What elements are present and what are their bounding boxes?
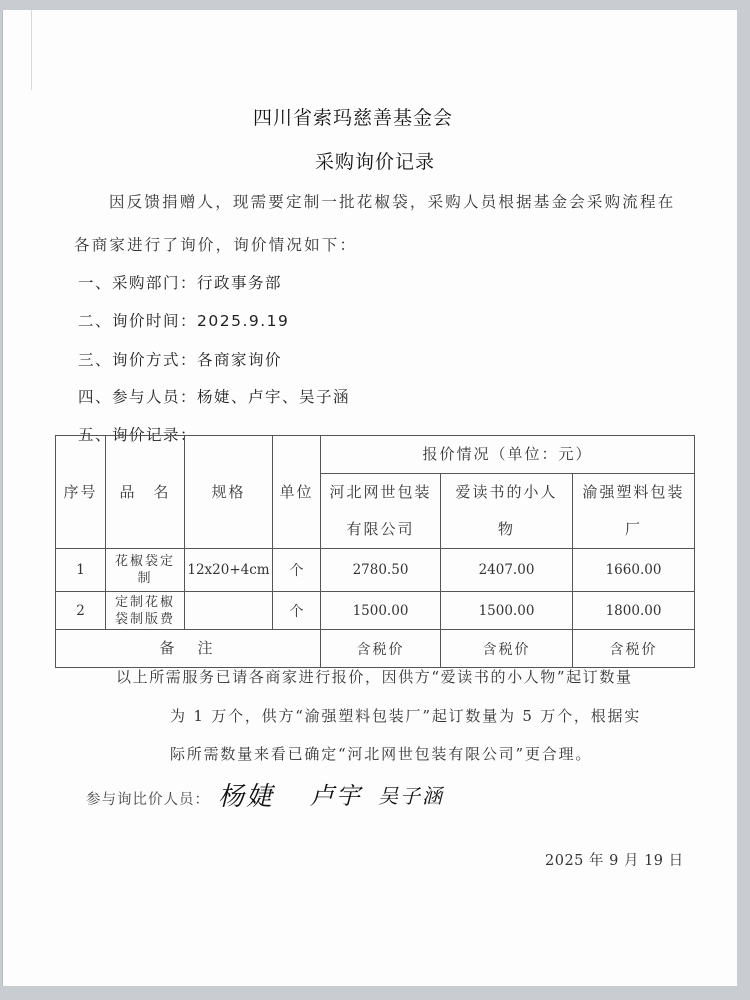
section-label: 二、询价时间： (78, 312, 197, 330)
signature-lu: 卢宇 (310, 776, 362, 811)
section-participants: 四、参与人员：杨婕、卢宇、吴子涵 (78, 385, 350, 407)
table-row: 1 花椒袋定制 12x20+4cm 个 2780.50 2407.00 1660… (56, 549, 695, 592)
cell-remarks-label: 备 注 (56, 630, 321, 668)
document-title: 采购询价记录 (315, 147, 435, 174)
cell-seq: 1 (56, 549, 106, 592)
cell-price: 1500.00 (321, 592, 441, 630)
section-value: 各商家询价 (197, 351, 282, 369)
section-inquiry-method: 三、询价方式：各商家询价 (78, 348, 282, 370)
cell-spec: 12x20+4cm (185, 549, 273, 592)
cell-remark: 含税价 (321, 630, 441, 668)
vendor-name-line1: 爱读书的小人 (441, 474, 572, 511)
cell-remark: 含税价 (573, 630, 695, 668)
cell-price: 1500.00 (441, 592, 573, 630)
vendor-name-line2: 物 (441, 511, 572, 548)
section-value: 杨婕、卢宇、吴子涵 (197, 388, 350, 406)
vendor-name-line2: 有限公司 (321, 511, 440, 548)
cell-price: 1660.00 (573, 549, 695, 592)
quote-table: 序号 品 名 规格 单位 报价情况（单位：元） 河北网世包装 有限公司 爱读书的… (55, 435, 695, 668)
vendor-name-line2: 厂 (573, 511, 694, 548)
signers-label: 参与询比价人员： (86, 788, 210, 809)
section-label: 三、询价方式： (78, 351, 197, 369)
signature-yang: 杨婕 (218, 776, 274, 813)
cell-name: 定制花椒袋制版费 (106, 592, 185, 630)
cell-price: 2407.00 (441, 549, 573, 592)
header-spec: 规格 (185, 436, 273, 549)
conclusion-line-1: 以上所需服务已请各商家进行报价，因供方“爱读书的小人物”起订数量 (116, 666, 633, 687)
section-value: 行政事务部 (197, 274, 282, 292)
signature-wu: 吴子涵 (378, 780, 444, 809)
cell-unit: 个 (273, 592, 321, 630)
conclusion-line-2: 为 1 万个，供方“渝强塑料包装厂”起订数量为 5 万个，根据实 (170, 705, 641, 726)
cell-seq: 2 (56, 592, 106, 630)
document-date: 2025 年 9 月 19 日 (545, 849, 684, 870)
cell-unit: 个 (273, 549, 321, 592)
header-quote-group: 报价情况（单位：元） (321, 436, 695, 474)
header-vendor-yuqiang: 渝强塑料包装 厂 (573, 474, 695, 549)
header-vendor-hebei: 河北网世包装 有限公司 (321, 474, 441, 549)
section-inquiry-time: 二、询价时间：2025.9.19 (78, 309, 289, 331)
header-unit: 单位 (273, 436, 321, 549)
section-label: 一、采购部门： (78, 274, 197, 292)
cell-price: 1800.00 (573, 592, 695, 630)
scan-artifact-line (31, 10, 32, 90)
intro-line-1: 因反馈捐赠人，现需要定制一批花椒袋，采购人员根据基金会采购流程在 (109, 190, 675, 212)
header-seq: 序号 (56, 436, 106, 549)
header-vendor-aidushu: 爱读书的小人 物 (441, 474, 573, 549)
cell-spec (185, 592, 273, 630)
intro-line-2: 各商家进行了询价，询价情况如下： (74, 233, 357, 255)
org-title: 四川省索玛慈善基金会 (253, 103, 453, 130)
cell-price: 2780.50 (321, 549, 441, 592)
cell-remark: 含税价 (441, 630, 573, 668)
section-department: 一、采购部门：行政事务部 (78, 271, 282, 293)
table-row: 2 定制花椒袋制版费 个 1500.00 1500.00 1800.00 (56, 592, 695, 630)
vendor-name-line1: 河北网世包装 (321, 474, 440, 511)
vendor-name-line1: 渝强塑料包装 (573, 474, 694, 511)
table-row-remarks: 备 注 含税价 含税价 含税价 (56, 630, 695, 668)
header-name: 品 名 (106, 436, 185, 549)
section-value: 2025.9.19 (197, 312, 289, 330)
section-label: 四、参与人员： (78, 388, 197, 406)
cell-name: 花椒袋定制 (106, 549, 185, 592)
conclusion-line-3: 际所需数量来看已确定“河北网世包装有限公司”更合理。 (170, 743, 592, 764)
